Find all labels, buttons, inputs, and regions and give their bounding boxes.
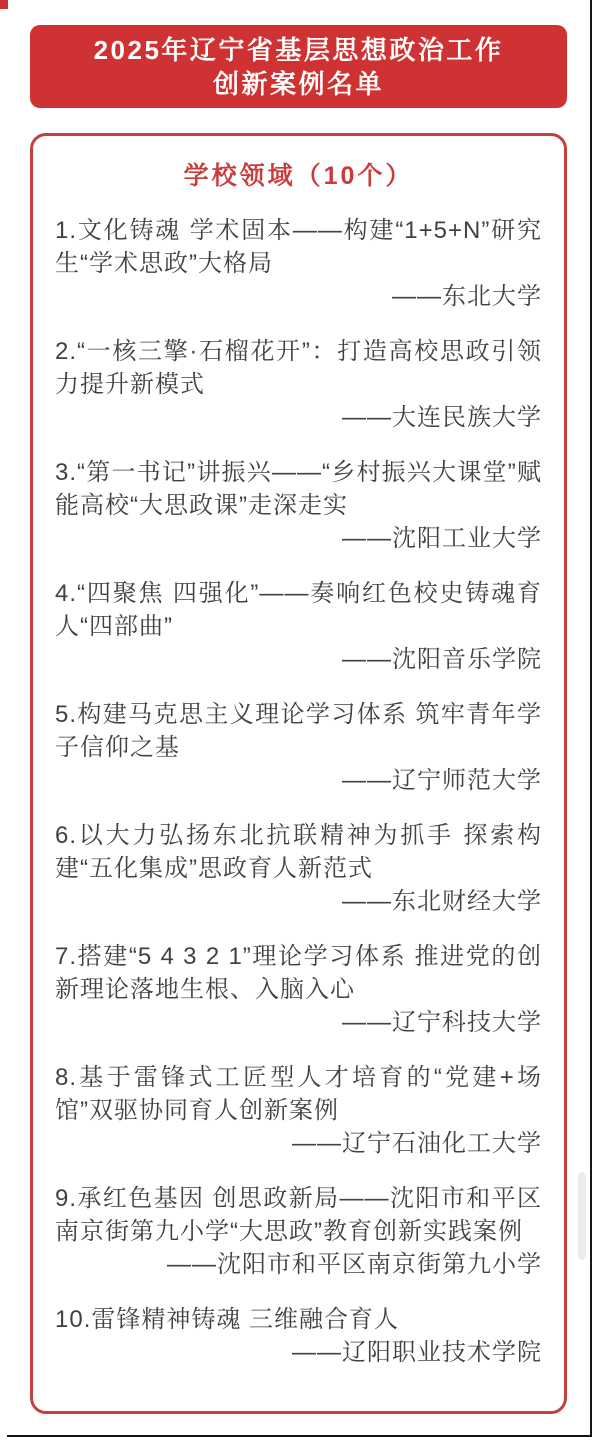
case-organization: ——辽宁师范大学 bbox=[55, 764, 542, 797]
case-title: 6.以大力弘扬东北抗联精神为抓手 探索构建“五化集成”思政育人新范式 bbox=[55, 819, 542, 885]
case-organization: ——东北财经大学 bbox=[55, 885, 542, 918]
case-item: 8.基于雷锋式工匠型人才培育的“党建+场馆”双驱协同育人创新案例 ——辽宁石油化… bbox=[55, 1061, 542, 1160]
case-item: 4.“四聚焦 四强化”——奏响红色校史铸魂育人“四部曲” ——沈阳音乐学院 bbox=[55, 577, 542, 676]
frame-right-line bbox=[590, 0, 592, 1437]
case-organization: ——大连民族大学 bbox=[55, 401, 542, 434]
case-title: 4.“四聚焦 四强化”——奏响红色校史铸魂育人“四部曲” bbox=[55, 577, 542, 643]
case-title: 5.构建马克思主义理论学习体系 筑牢青年学子信仰之基 bbox=[55, 698, 542, 764]
case-title: 9.承红色基因 创思政新局——沈阳市和平区南京街第九小学“大思政”教育创新实践案… bbox=[55, 1182, 542, 1248]
title-banner: 2025年辽宁省基层思想政治工作 创新案例名单 bbox=[30, 25, 567, 108]
case-organization: ——辽宁科技大学 bbox=[55, 1006, 542, 1039]
case-item: 5.构建马克思主义理论学习体系 筑牢青年学子信仰之基 ——辽宁师范大学 bbox=[55, 698, 542, 797]
case-title: 7.搭建“5 4 3 2 1”理论学习体系 推进党的创新理论落地生根、入脑入心 bbox=[55, 940, 542, 1006]
case-item: 3.“第一书记”讲振兴——“乡村振兴大课堂”赋能高校“大思政课”走深走实 ——沈… bbox=[55, 456, 542, 555]
case-item: 9.承红色基因 创思政新局——沈阳市和平区南京街第九小学“大思政”教育创新实践案… bbox=[55, 1182, 542, 1281]
case-organization: ——沈阳工业大学 bbox=[55, 522, 542, 555]
case-title: 3.“第一书记”讲振兴——“乡村振兴大课堂”赋能高校“大思政课”走深走实 bbox=[55, 456, 542, 522]
case-title: 2.“一核三擎·石榴花开”：打造高校思政引领力提升新模式 bbox=[55, 335, 542, 401]
case-title: 8.基于雷锋式工匠型人才培育的“党建+场馆”双驱协同育人创新案例 bbox=[55, 1061, 542, 1127]
case-organization: ——辽阳职业技术学院 bbox=[55, 1336, 542, 1369]
section-title: 学校领域（10个） bbox=[55, 156, 542, 192]
case-item: 6.以大力弘扬东北抗联精神为抓手 探索构建“五化集成”思政育人新范式 ——东北财… bbox=[55, 819, 542, 918]
case-organization: ——东北大学 bbox=[55, 280, 542, 313]
case-title: 1.文化铸魂 学术固本——构建“1+5+N”研究生“学术思政”大格局 bbox=[55, 214, 542, 280]
scrollbar-thumb[interactable] bbox=[578, 1172, 586, 1260]
case-item: 7.搭建“5 4 3 2 1”理论学习体系 推进党的创新理论落地生根、入脑入心 … bbox=[55, 940, 542, 1039]
frame-bottom-line bbox=[7, 1435, 592, 1437]
case-organization: ——辽宁石油化工大学 bbox=[55, 1127, 542, 1160]
banner-line2: 创新案例名单 bbox=[30, 67, 567, 101]
case-title: 10.雷锋精神铸魂 三维融合育人 bbox=[55, 1303, 542, 1336]
case-item: 10.雷锋精神铸魂 三维融合育人 ——辽阳职业技术学院 bbox=[55, 1303, 542, 1369]
case-organization: ——沈阳市和平区南京街第九小学 bbox=[55, 1248, 542, 1281]
case-item: 1.文化铸魂 学术固本——构建“1+5+N”研究生“学术思政”大格局 ——东北大… bbox=[55, 214, 542, 313]
red-corner-mark bbox=[0, 0, 8, 9]
case-list: 1.文化铸魂 学术固本——构建“1+5+N”研究生“学术思政”大格局 ——东北大… bbox=[55, 214, 542, 1369]
banner-line1: 2025年辽宁省基层思想政治工作 bbox=[30, 33, 567, 67]
school-section-box: 学校领域（10个） 1.文化铸魂 学术固本——构建“1+5+N”研究生“学术思政… bbox=[30, 133, 567, 1414]
case-item: 2.“一核三擎·石榴花开”：打造高校思政引领力提升新模式 ——大连民族大学 bbox=[55, 335, 542, 434]
case-organization: ——沈阳音乐学院 bbox=[55, 643, 542, 676]
